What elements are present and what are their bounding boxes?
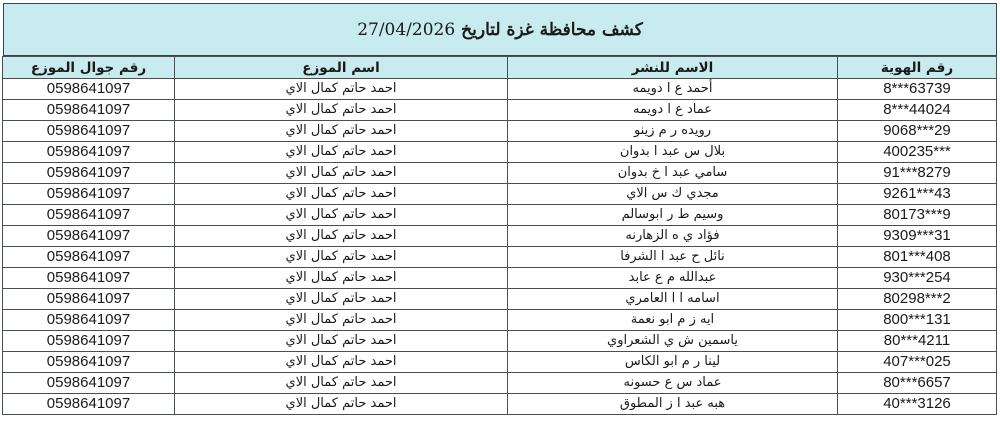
id-cell: 930***254 bbox=[838, 268, 997, 289]
distributor-name-cell: احمد حاتم كمال الاي bbox=[175, 268, 508, 289]
id-cell: 800***131 bbox=[838, 310, 997, 331]
published-name-cell: سامي عبد ا خ بدوان bbox=[508, 163, 838, 184]
table-row: 40***3126هبه عبد ا ز المطوقاحمد حاتم كما… bbox=[3, 394, 997, 415]
id-cell: 801***408 bbox=[838, 247, 997, 268]
report-date: 27/04/2026 bbox=[357, 20, 455, 40]
distributor-phone-cell: 0598641097 bbox=[3, 205, 175, 226]
report-title: كشف محافظة غزة لتاريخ bbox=[461, 20, 643, 40]
published-name-cell: فؤاد ي ه الزهارنه bbox=[508, 226, 838, 247]
table-row: 80173***9وسيم ط ر ابوسالماحمد حاتم كمال … bbox=[3, 205, 997, 226]
distributor-phone-cell: 0598641097 bbox=[3, 352, 175, 373]
distributor-name-cell: احمد حاتم كمال الاي bbox=[175, 184, 508, 205]
id-cell: 400235*** bbox=[838, 142, 997, 163]
published-name-cell: عماد ع ا دويمه bbox=[508, 100, 838, 121]
id-cell: 80298***2 bbox=[838, 289, 997, 310]
id-cell: 9068***29 bbox=[838, 121, 997, 142]
table-row: 801***408نائل ح عبد ا الشرفااحمد حاتم كم… bbox=[3, 247, 997, 268]
published-name-cell: بلال س عبد ا بدوان bbox=[508, 142, 838, 163]
column-header-published-name: الاسم للنشر bbox=[508, 57, 838, 79]
published-name-cell: هبه عبد ا ز المطوق bbox=[508, 394, 838, 415]
distributor-phone-cell: 0598641097 bbox=[3, 310, 175, 331]
table-row: 407***025لينا ر م ابو الكاساحمد حاتم كما… bbox=[3, 352, 997, 373]
distributor-phone-cell: 0598641097 bbox=[3, 226, 175, 247]
distributor-phone-cell: 0598641097 bbox=[3, 163, 175, 184]
distributor-name-cell: احمد حاتم كمال الاي bbox=[175, 142, 508, 163]
published-name-cell: نائل ح عبد ا الشرفا bbox=[508, 247, 838, 268]
table-row: 930***254عبدالله م ع عابداحمد حاتم كمال … bbox=[3, 268, 997, 289]
distributor-phone-cell: 0598641097 bbox=[3, 79, 175, 100]
table-row: 80***6657عماد س ع حسونهاحمد حاتم كمال ال… bbox=[3, 373, 997, 394]
table-row: 9068***29رويده ر م زينواحمد حاتم كمال ال… bbox=[3, 121, 997, 142]
distributor-phone-cell: 0598641097 bbox=[3, 142, 175, 163]
distributor-phone-cell: 0598641097 bbox=[3, 247, 175, 268]
id-cell: 8***44024 bbox=[838, 100, 997, 121]
distributor-name-cell: احمد حاتم كمال الاي bbox=[175, 310, 508, 331]
distributor-name-cell: احمد حاتم كمال الاي bbox=[175, 163, 508, 184]
published-name-cell: اسامه ا ا العامري bbox=[508, 289, 838, 310]
distributor-name-cell: احمد حاتم كمال الاي bbox=[175, 205, 508, 226]
column-header-id: رقم الهوية bbox=[838, 57, 997, 79]
published-name-cell: وسيم ط ر ابوسالم bbox=[508, 205, 838, 226]
table-row: 80***4211ياسمين ش ي الشعراوياحمد حاتم كم… bbox=[3, 331, 997, 352]
distributor-phone-cell: 0598641097 bbox=[3, 268, 175, 289]
distributor-phone-cell: 0598641097 bbox=[3, 121, 175, 142]
distributor-phone-cell: 0598641097 bbox=[3, 184, 175, 205]
distributor-name-cell: احمد حاتم كمال الاي bbox=[175, 373, 508, 394]
id-cell: 40***3126 bbox=[838, 394, 997, 415]
distributor-phone-cell: 0598641097 bbox=[3, 331, 175, 352]
table-row: 9261***43مجدي ك س الاياحمد حاتم كمال الا… bbox=[3, 184, 997, 205]
id-cell: 80***4211 bbox=[838, 331, 997, 352]
published-name-cell: ياسمين ش ي الشعراوي bbox=[508, 331, 838, 352]
id-cell: 80***6657 bbox=[838, 373, 997, 394]
table-row: 400235***بلال س عبد ا بدواناحمد حاتم كما… bbox=[3, 142, 997, 163]
table-body: 8***63739أحمد ع ا دويمهاحمد حاتم كمال ال… bbox=[3, 79, 997, 415]
table-row: 80298***2اسامه ا ا العامرياحمد حاتم كمال… bbox=[3, 289, 997, 310]
id-cell: 407***025 bbox=[838, 352, 997, 373]
published-name-cell: لينا ر م ابو الكاس bbox=[508, 352, 838, 373]
id-cell: 80173***9 bbox=[838, 205, 997, 226]
distributor-phone-cell: 0598641097 bbox=[3, 289, 175, 310]
distributor-name-cell: احمد حاتم كمال الاي bbox=[175, 289, 508, 310]
recipients-table: رقم الهوية الاسم للنشر اسم الموزع رقم جو… bbox=[2, 56, 997, 415]
table-row: 91***8279سامي عبد ا خ بدواناحمد حاتم كما… bbox=[3, 163, 997, 184]
distributor-name-cell: احمد حاتم كمال الاي bbox=[175, 247, 508, 268]
published-name-cell: رويده ر م زينو bbox=[508, 121, 838, 142]
table-row: 9309***31فؤاد ي ه الزهارنهاحمد حاتم كمال… bbox=[3, 226, 997, 247]
distributor-name-cell: احمد حاتم كمال الاي bbox=[175, 352, 508, 373]
distributor-phone-cell: 0598641097 bbox=[3, 394, 175, 415]
published-name-cell: عماد س ع حسونه bbox=[508, 373, 838, 394]
distributor-name-cell: احمد حاتم كمال الاي bbox=[175, 100, 508, 121]
table-row: 8***44024عماد ع ا دويمهاحمد حاتم كمال ال… bbox=[3, 100, 997, 121]
published-name-cell: ايه ز م ابو نعمة bbox=[508, 310, 838, 331]
distributor-phone-cell: 0598641097 bbox=[3, 373, 175, 394]
column-header-distributor-phone: رقم جوال الموزع bbox=[3, 57, 175, 79]
column-header-distributor-name: اسم الموزع bbox=[175, 57, 508, 79]
distributor-phone-cell: 0598641097 bbox=[3, 100, 175, 121]
distributor-name-cell: احمد حاتم كمال الاي bbox=[175, 226, 508, 247]
id-cell: 8***63739 bbox=[838, 79, 997, 100]
table-row: 800***131ايه ز م ابو نعمةاحمد حاتم كمال … bbox=[3, 310, 997, 331]
id-cell: 9261***43 bbox=[838, 184, 997, 205]
report-title-bar: كشف محافظة غزة لتاريخ 27/04/2026 bbox=[3, 3, 997, 56]
report-sheet: كشف محافظة غزة لتاريخ 27/04/2026 رقم اله… bbox=[3, 3, 997, 415]
distributor-name-cell: احمد حاتم كمال الاي bbox=[175, 331, 508, 352]
published-name-cell: عبدالله م ع عابد bbox=[508, 268, 838, 289]
distributor-name-cell: احمد حاتم كمال الاي bbox=[175, 121, 508, 142]
table-header-row: رقم الهوية الاسم للنشر اسم الموزع رقم جو… bbox=[3, 57, 997, 79]
id-cell: 9309***31 bbox=[838, 226, 997, 247]
published-name-cell: مجدي ك س الاي bbox=[508, 184, 838, 205]
id-cell: 91***8279 bbox=[838, 163, 997, 184]
distributor-name-cell: احمد حاتم كمال الاي bbox=[175, 79, 508, 100]
distributor-name-cell: احمد حاتم كمال الاي bbox=[175, 394, 508, 415]
table-row: 8***63739أحمد ع ا دويمهاحمد حاتم كمال ال… bbox=[3, 79, 997, 100]
published-name-cell: أحمد ع ا دويمه bbox=[508, 79, 838, 100]
